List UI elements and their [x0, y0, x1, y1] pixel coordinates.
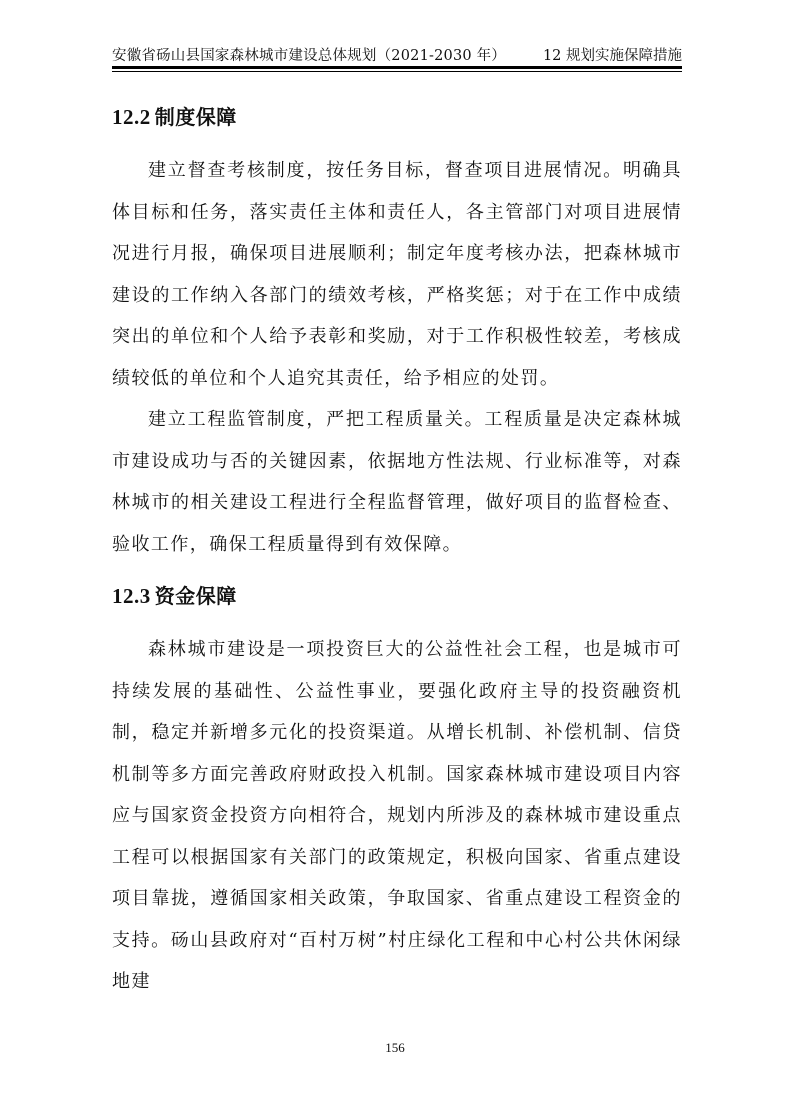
document-title: 安徽省砀山县国家森林城市建设总体规划（2021-2030 年）	[112, 44, 506, 65]
section-title: 制度保障	[155, 105, 237, 129]
paragraph: 建立工程监管制度，严把工程质量关。工程质量是决定森林城市建设成功与否的关键因素，…	[112, 399, 682, 565]
section-heading: 12.2制度保障	[112, 96, 682, 138]
header-divider	[112, 66, 682, 72]
section-number: 12.3	[112, 584, 151, 608]
paragraph: 森林城市建设是一项投资巨大的公益性社会工程，也是城市可持续发展的基础性、公益性事…	[112, 629, 682, 1003]
chapter-title: 12 规划实施保障措施	[543, 44, 682, 65]
section-title: 资金保障	[155, 584, 237, 608]
section-12-3: 12.3资金保障 森林城市建设是一项投资巨大的公益性社会工程，也是城市可持续发展…	[112, 575, 682, 1003]
section-number: 12.2	[112, 105, 151, 129]
page-number: 156	[0, 1040, 790, 1056]
page-header: 安徽省砀山县国家森林城市建设总体规划（2021-2030 年） 12 规划实施保…	[112, 38, 682, 66]
paragraph: 建立督查考核制度，按任务目标，督查项目进展情况。明确具体目标和任务，落实责任主体…	[112, 150, 682, 399]
page-body: 12.2制度保障 建立督查考核制度，按任务目标，督查项目进展情况。明确具体目标和…	[112, 96, 682, 1003]
section-12-2: 12.2制度保障 建立督查考核制度，按任务目标，督查项目进展情况。明确具体目标和…	[112, 96, 682, 565]
section-heading: 12.3资金保障	[112, 575, 682, 617]
